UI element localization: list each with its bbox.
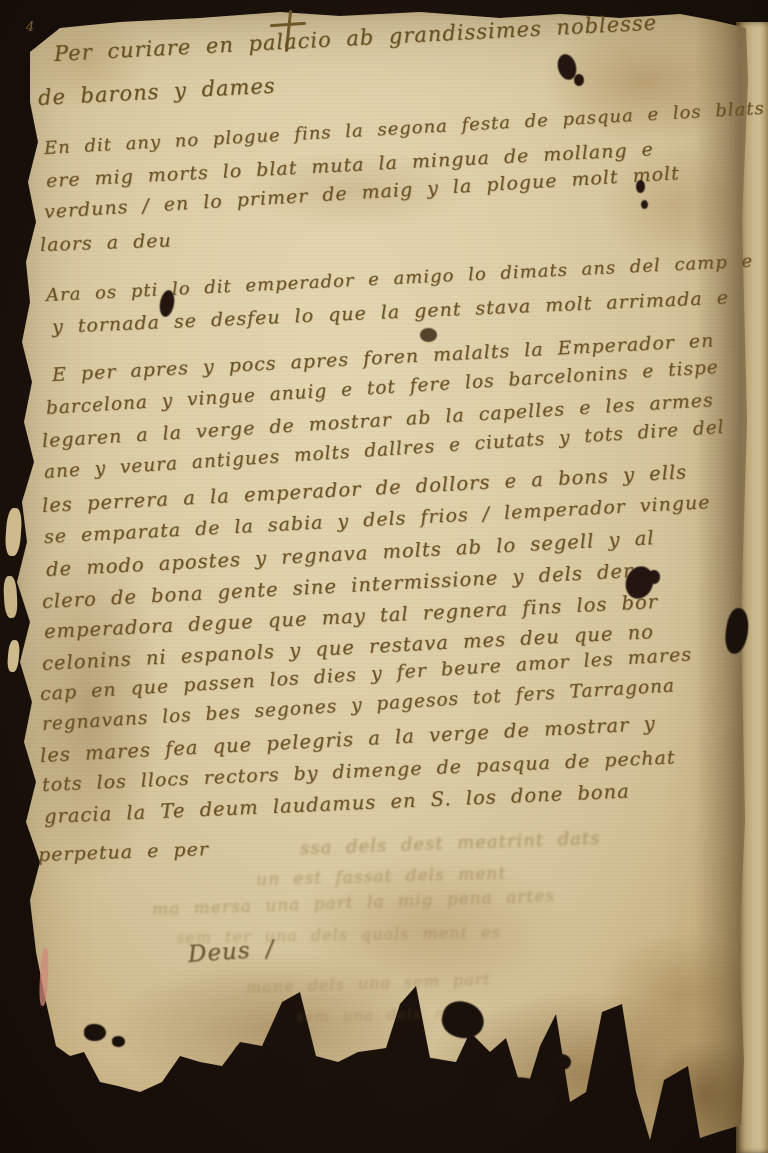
tear-hole (552, 1054, 571, 1070)
tear-hole (84, 1024, 106, 1041)
ink-blot (641, 200, 648, 209)
tear-hole (112, 1036, 125, 1047)
ink-blot (648, 570, 660, 584)
ink-blot (574, 74, 584, 86)
folio-number: 4 (26, 20, 34, 35)
ink-smudge (420, 328, 437, 342)
text-line: laors a deu (40, 229, 172, 256)
ink-blot (636, 180, 645, 193)
